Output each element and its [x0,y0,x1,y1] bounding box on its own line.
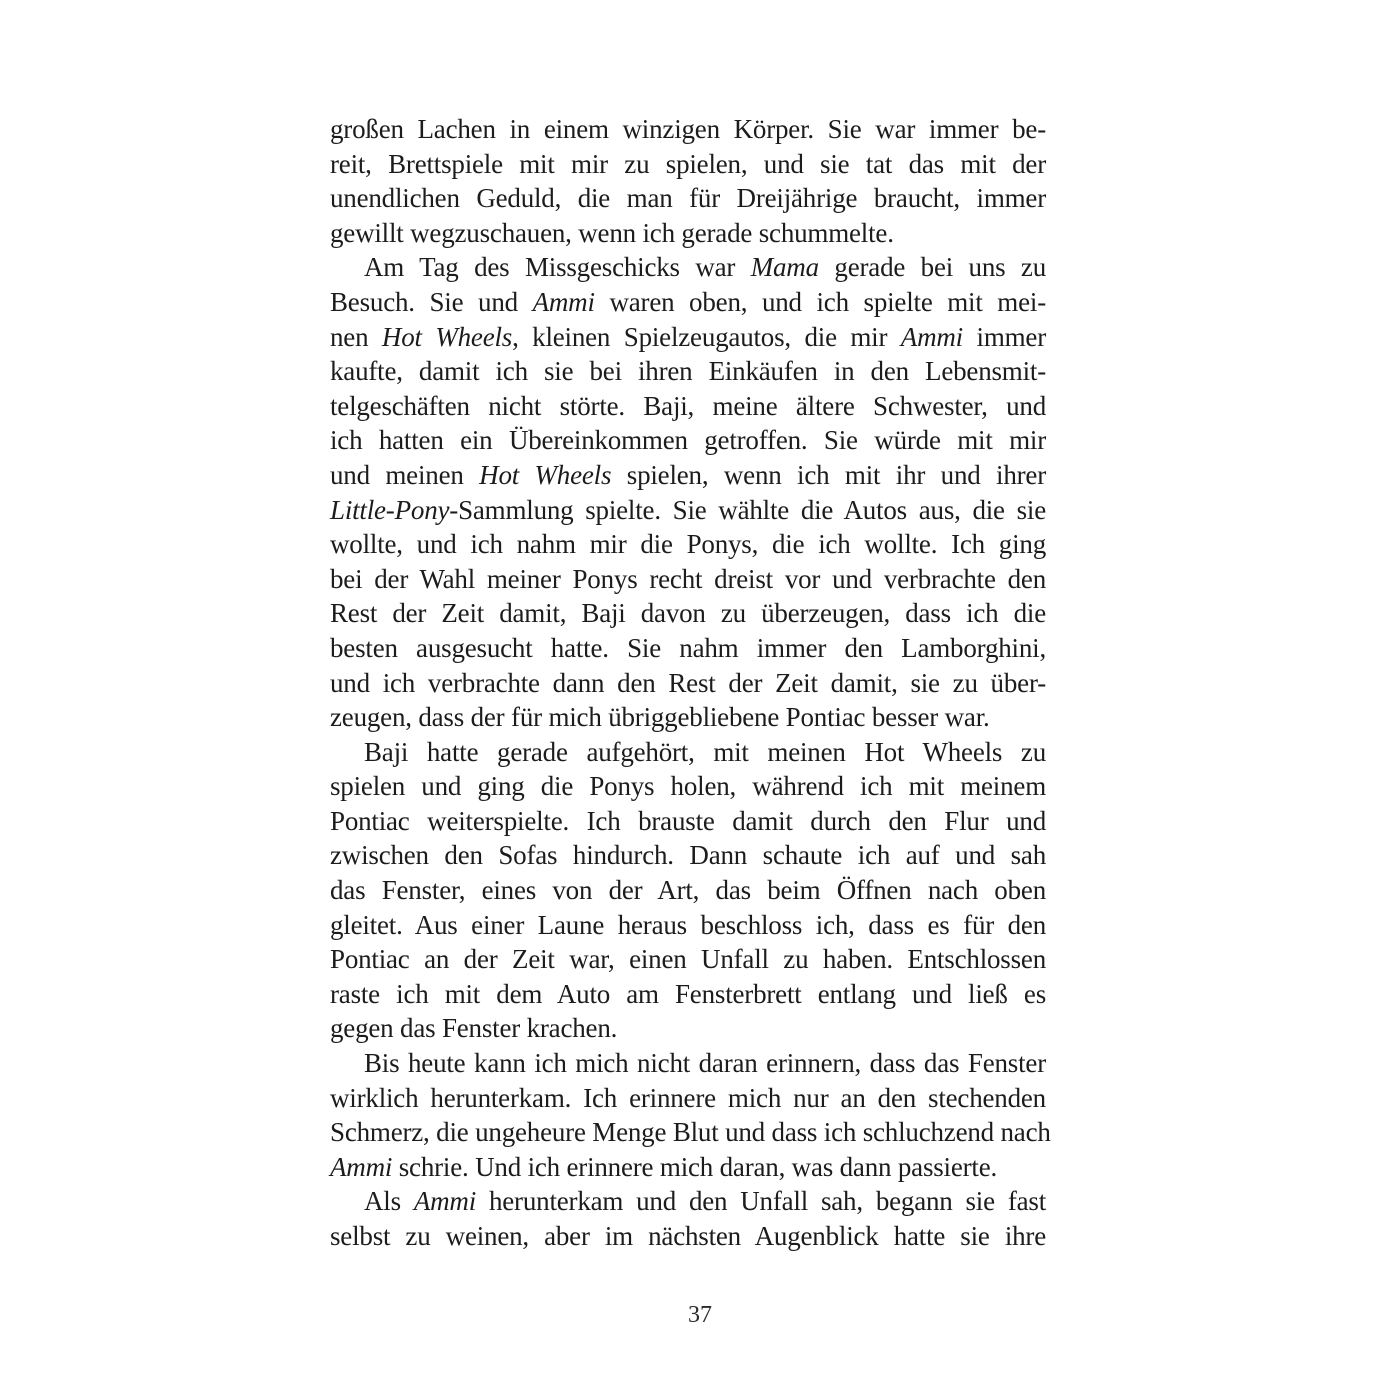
text-run: Rest der Zeit damit, Baji davon zu überz… [330,598,1046,628]
text-run: spielen, wenn ich mit ihr und ihrer [611,460,1046,490]
text-run: und meinen [330,460,479,490]
text-run: wollte, und ich nahm mir die Ponys, die … [330,529,1046,559]
text-run: nen [330,322,382,352]
text-run: schrie. Und ich erinnere mich daran, was… [392,1152,997,1182]
text-line: besten ausgesucht hatte. Sie nahm immer … [330,631,1046,666]
paragraph: Als Ammi herunterkam und den Unfall sah,… [330,1184,1046,1253]
book-page: großen Lachen in einem winzigen Körper. … [0,0,1400,1400]
italic-term: Mama [751,252,819,282]
text-line: Baji hatte gerade aufgehört, mit meinen … [330,735,1046,770]
italic-term: Little-Pony [330,495,449,525]
text-line: das Fenster, eines von der Art, das beim… [330,873,1046,908]
text-run: ich hatten ein Übereinkommen getroffen. … [330,425,1046,455]
text-run: gegen das Fenster krachen. [330,1013,617,1043]
text-line: Schmerz, die ungeheure Menge Blut und da… [330,1115,1046,1150]
text-line: gleitet. Aus einer Laune heraus beschlos… [330,908,1046,943]
text-line: bei der Wahl meiner Ponys recht dreist v… [330,562,1046,597]
italic-term: Ammi [533,287,595,317]
text-line: Am Tag des Missgeschicks war Mama gerade… [330,250,1046,285]
text-run: Baji hatte gerade aufgehört, mit meinen … [364,737,1046,767]
text-run: waren oben, und ich spielte mit mei- [595,287,1046,317]
text-line: wirklich herunterkam. Ich erinnere mich … [330,1081,1046,1116]
text-line: und meinen Hot Wheels spielen, wenn ich … [330,458,1046,493]
text-run: -Sammlung spielte. Sie wählte die Autos … [449,495,1046,525]
text-line: raste ich mit dem Auto am Fensterbrett e… [330,977,1046,1012]
text-run: großen Lachen in einem winzigen Körper. … [330,114,1046,144]
text-run: gerade bei uns zu [819,252,1046,282]
text-run: Pontiac an der Zeit war, einen Unfall zu… [330,944,1046,974]
text-run: wirklich herunterkam. Ich erinnere mich … [330,1083,1046,1113]
text-line: Bis heute kann ich mich nicht daran erin… [330,1046,1046,1081]
text-line: Rest der Zeit damit, Baji davon zu überz… [330,596,1046,631]
text-line: unendlichen Geduld, die man für Dreijähr… [330,181,1046,216]
text-run: besten ausgesucht hatte. Sie nahm immer … [330,633,1046,663]
text-run: Besuch. Sie und [330,287,533,317]
italic-term: Ammi [330,1152,392,1182]
text-line: spielen und ging die Ponys holen, währen… [330,769,1046,804]
text-line: Ammi schrie. Und ich erinnere mich daran… [330,1150,1046,1185]
text-line: Als Ammi herunterkam und den Unfall sah,… [330,1184,1046,1219]
text-run: kaufte, damit ich sie bei ihren Einkäufe… [330,356,1046,386]
paragraph: Am Tag des Missgeschicks war Mama gerade… [330,250,1046,734]
text-run: , kleinen Spielzeugautos, die mir [512,322,901,352]
text-line: telgeschäften nicht störte. Baji, meine … [330,389,1046,424]
text-line: zwischen den Sofas hindurch. Dann schaut… [330,838,1046,873]
paragraph: großen Lachen in einem winzigen Körper. … [330,112,1046,250]
text-line: zeugen, dass der für mich übriggeblieben… [330,700,1046,735]
text-line: wollte, und ich nahm mir die Ponys, die … [330,527,1046,562]
text-run: immer [963,322,1046,352]
text-run: Bis heute kann ich mich nicht daran erin… [364,1048,1046,1078]
text-run: reit, Brettspiele mit mir zu spielen, un… [330,149,1046,179]
text-run: telgeschäften nicht störte. Baji, meine … [330,391,1046,421]
text-run: Als [364,1186,414,1216]
text-run: Am Tag des Missgeschicks war [364,252,751,282]
italic-term: Hot Wheels [479,460,611,490]
text-line: ich hatten ein Übereinkommen getroffen. … [330,423,1046,458]
text-run: das Fenster, eines von der Art, das beim… [330,875,1046,905]
text-run: selbst zu weinen, aber im nächsten Augen… [330,1221,1046,1251]
text-run: herunterkam und den Unfall sah, begann s… [476,1186,1046,1216]
text-line: gegen das Fenster krachen. [330,1011,1046,1046]
text-run: bei der Wahl meiner Ponys recht dreist v… [330,564,1046,594]
text-run: und ich verbrachte dann den Rest der Zei… [330,668,1046,698]
text-line: reit, Brettspiele mit mir zu spielen, un… [330,147,1046,182]
text-run: Schmerz, die ungeheure Menge Blut und da… [330,1117,1051,1147]
text-run: gleitet. Aus einer Laune heraus beschlos… [330,910,1046,940]
text-line: Pontiac an der Zeit war, einen Unfall zu… [330,942,1046,977]
text-run: gewillt wegzuschauen, wenn ich gerade sc… [330,218,894,248]
text-run: zwischen den Sofas hindurch. Dann schaut… [330,840,1046,870]
text-line: Besuch. Sie und Ammi waren oben, und ich… [330,285,1046,320]
text-line: kaufte, damit ich sie bei ihren Einkäufe… [330,354,1046,389]
text-run: zeugen, dass der für mich übriggeblieben… [330,702,990,732]
paragraph: Bis heute kann ich mich nicht daran erin… [330,1046,1046,1184]
text-line: gewillt wegzuschauen, wenn ich gerade sc… [330,216,1046,251]
text-line: und ich verbrachte dann den Rest der Zei… [330,666,1046,701]
italic-term: Ammi [901,322,963,352]
text-run: spielen und ging die Ponys holen, währen… [330,771,1046,801]
text-line: nen Hot Wheels, kleinen Spielzeugautos, … [330,320,1046,355]
page-number: 37 [0,1302,1400,1329]
text-line: großen Lachen in einem winzigen Körper. … [330,112,1046,147]
text-run: Pontiac weiterspielte. Ich brauste damit… [330,806,1046,836]
italic-term: Hot Wheels [382,322,512,352]
italic-term: Ammi [414,1186,476,1216]
paragraph: Baji hatte gerade aufgehört, mit meinen … [330,735,1046,1046]
text-run: unendlichen Geduld, die man für Dreijähr… [330,183,1046,213]
text-line: selbst zu weinen, aber im nächsten Augen… [330,1219,1046,1254]
text-line: Little-Pony-Sammlung spielte. Sie wählte… [330,493,1046,528]
text-line: Pontiac weiterspielte. Ich brauste damit… [330,804,1046,839]
body-text: großen Lachen in einem winzigen Körper. … [330,112,1046,1254]
text-run: raste ich mit dem Auto am Fensterbrett e… [330,979,1046,1009]
